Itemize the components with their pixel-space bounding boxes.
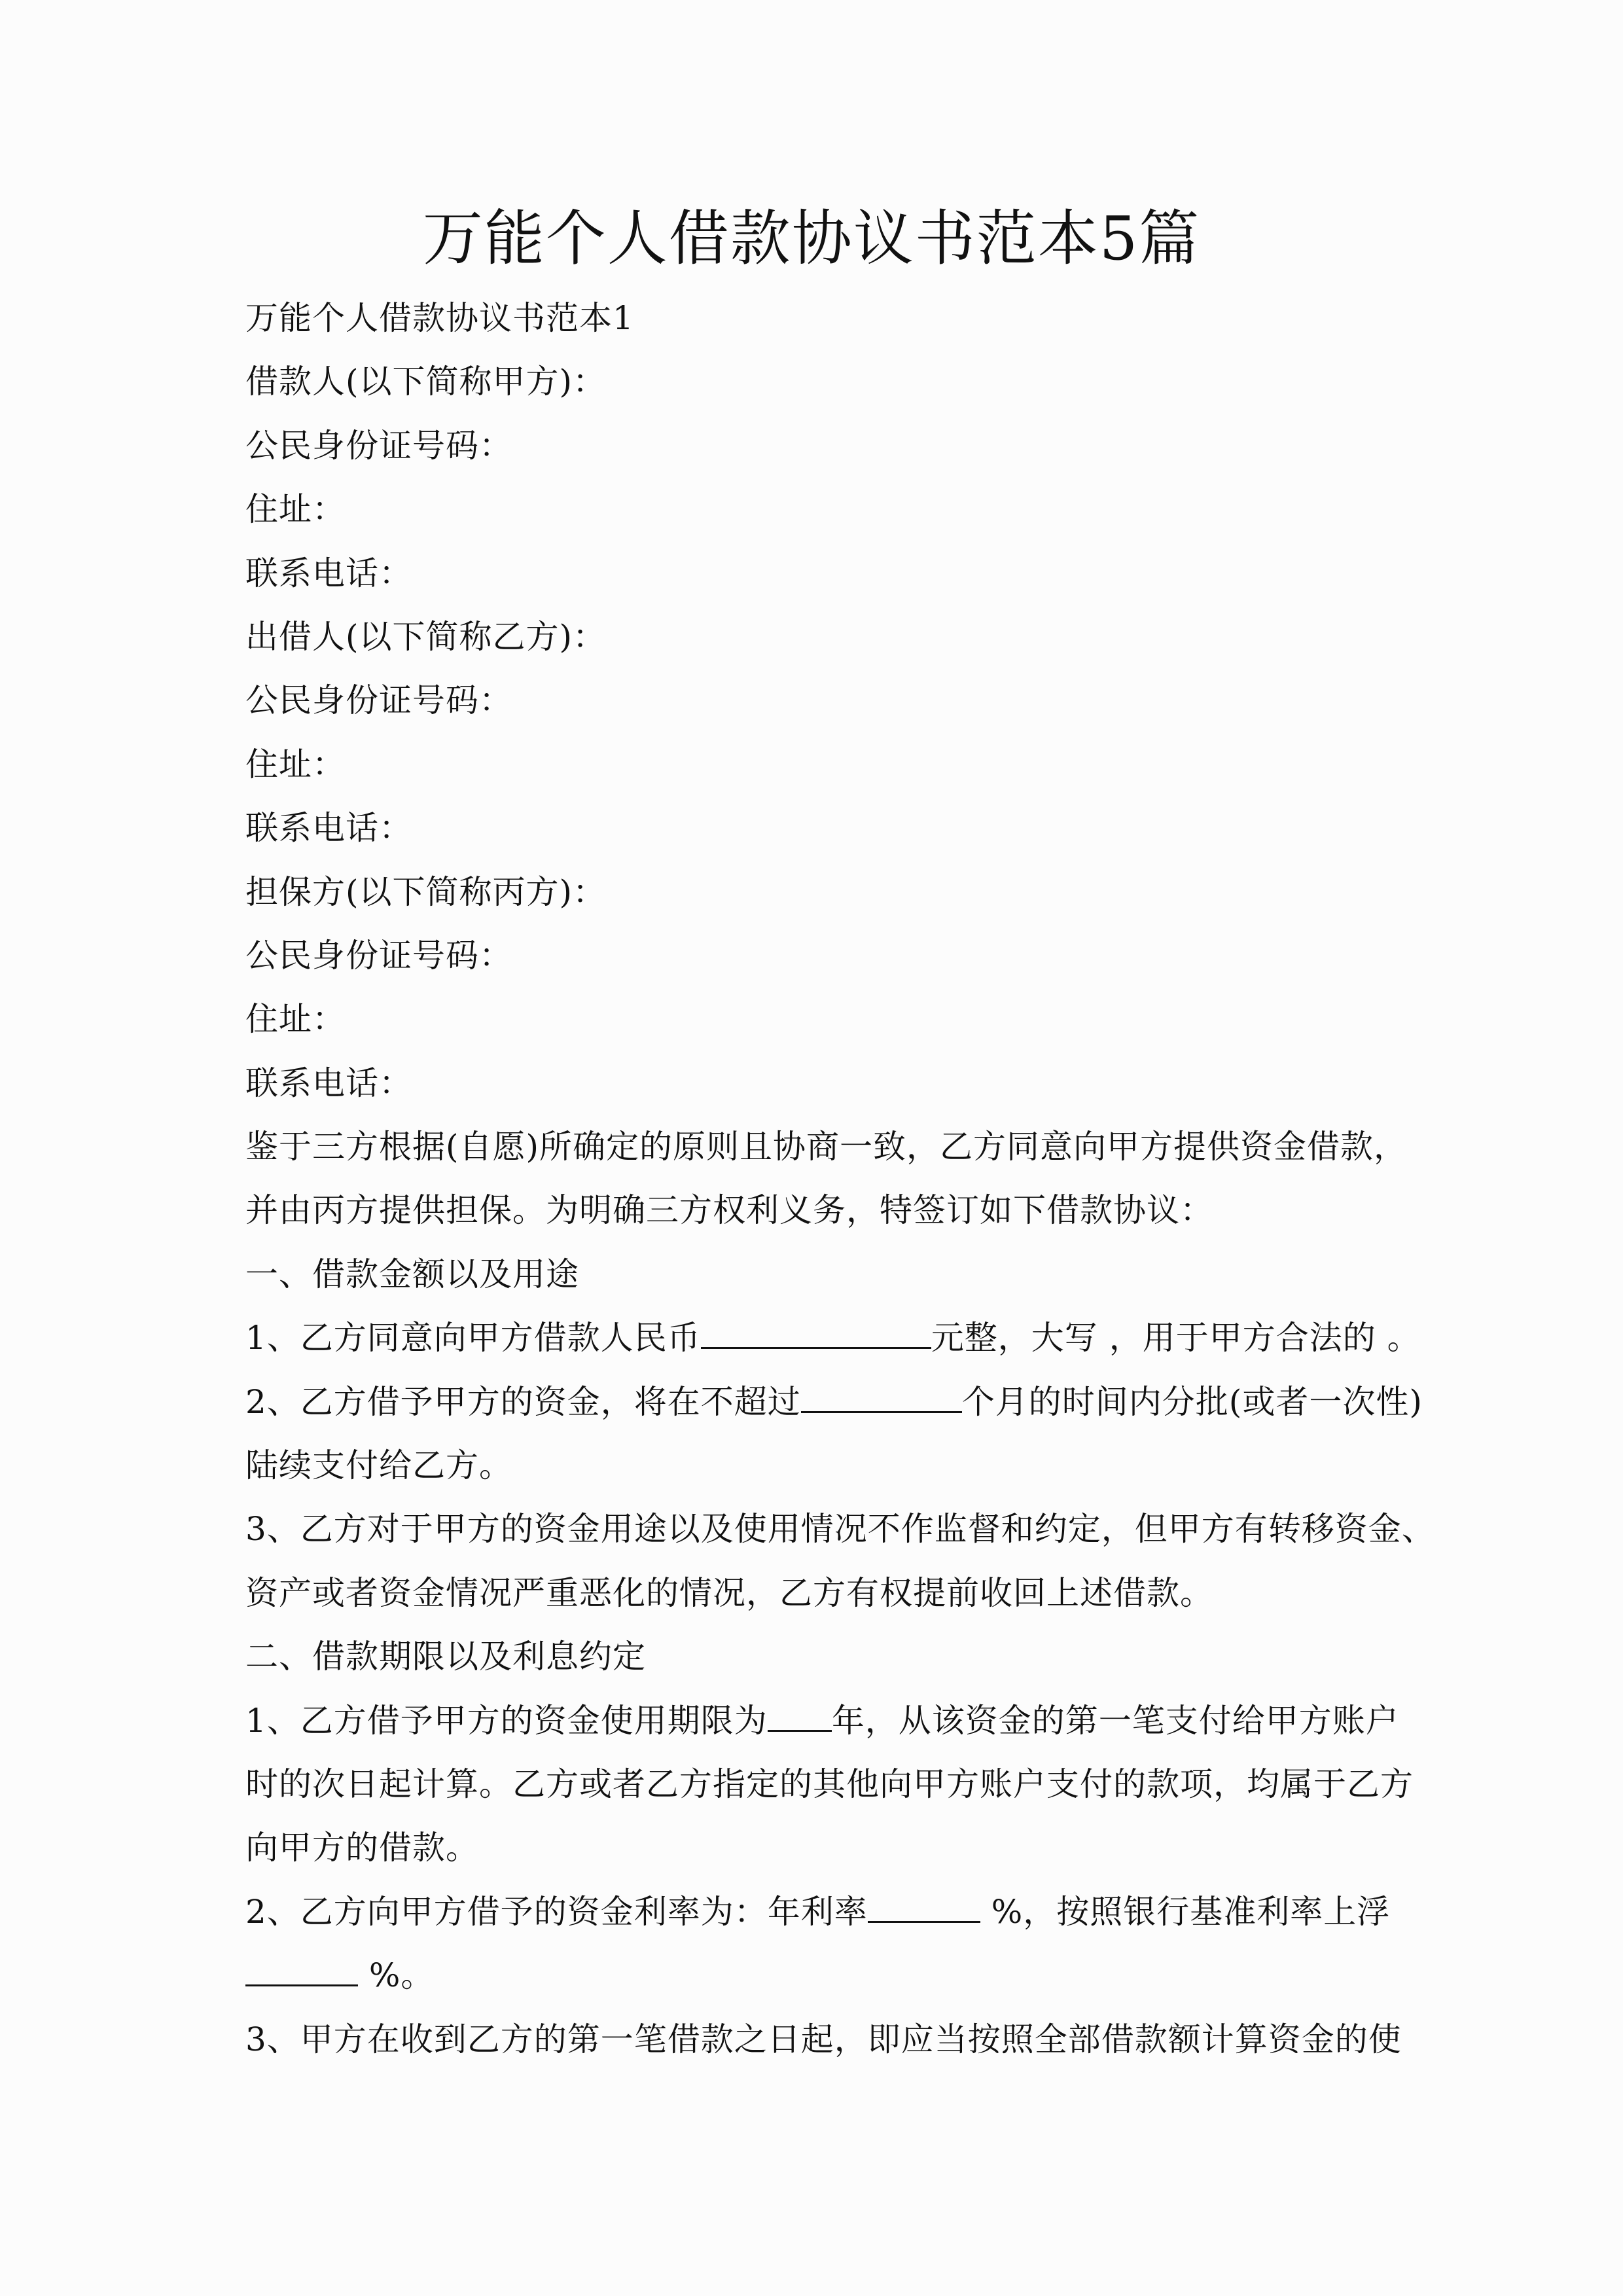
document-body: 万能个人借款协议书范本1 借款人(以下简称甲方)： 公民身份证号码： 住址： 联… [245,287,1397,2072]
article-1-clause-3-cont: 资产或者资金情况严重恶化的情况，乙方有权提前收回上述借款。 [245,1562,1397,1625]
article-1-clause-2-cont: 陆续支付给乙方。 [245,1434,1397,1498]
document-title: 万能个人借款协议书范本5篇 [0,196,1623,281]
loan-amount-blank [701,1318,931,1349]
article-1-clause-2: 2、乙方借予甲方的资金，将在不超过个月的时间内分批(或者一次性) [245,1371,1397,1434]
guarantor-phone-label: 联系电话： [245,1052,1397,1115]
clause-text: 2、乙方向甲方借予的资金利率为：年利率 [245,1893,868,1931]
years-blank [768,1701,832,1732]
article-2-heading: 二、借款期限以及利息约定 [245,1625,1397,1689]
clause-text: 年，从该资金的第一笔支付给甲方账户 [832,1702,1399,1740]
clause-text: 元整，大写 ，用于甲方合法的 。 [931,1319,1421,1357]
article-2-clause-1: 1、乙方借予甲方的资金使用期限为年，从该资金的第一笔支付给甲方账户 [245,1689,1397,1753]
borrower-phone-label: 联系电话： [245,542,1397,605]
lender-id-label: 公民身份证号码： [245,669,1397,732]
months-blank [801,1382,962,1413]
clause-text: %。 [358,1956,434,1994]
float-rate-blank [245,1956,358,1986]
article-1-clause-3: 3、乙方对于甲方的资金用途以及使用情况不作监督和约定，但甲方有转移资金、 [245,1498,1397,1561]
preamble-line-1: 鉴于三方根据(自愿)所确定的原则且协商一致，乙方同意向甲方提供资金借款， [245,1115,1397,1179]
document-page: 万能个人借款协议书范本5篇 万能个人借款协议书范本1 借款人(以下简称甲方)： … [0,0,1623,2296]
clause-text: 1、乙方同意向甲方借款人民币 [245,1319,701,1357]
article-1-heading: 一、借款金额以及用途 [245,1243,1397,1306]
clause-text: 2、乙方借予甲方的资金，将在不超过 [245,1383,801,1421]
annual-rate-blank [868,1892,980,1923]
borrower-id-label: 公民身份证号码： [245,414,1397,478]
guarantor-label: 担保方(以下简称丙方)： [245,861,1397,924]
article-2-clause-3: 3、甲方在收到乙方的第一笔借款之日起，即应当按照全部借款额计算资金的使 [245,2008,1397,2072]
lender-phone-label: 联系电话： [245,797,1397,860]
lender-label: 出借人(以下简称乙方)： [245,605,1397,669]
article-2-clause-2-cont: %。 [245,1944,1397,2007]
lender-address-label: 住址： [245,733,1397,797]
article-2-clause-1-cont: 时的次日起计算。乙方或者乙方指定的其他向甲方账户支付的款项，均属于乙方 [245,1753,1397,1816]
guarantor-address-label: 住址： [245,988,1397,1051]
article-1-clause-1: 1、乙方同意向甲方借款人民币元整，大写 ，用于甲方合法的 。 [245,1306,1397,1370]
borrower-label: 借款人(以下简称甲方)： [245,350,1397,414]
section-heading: 万能个人借款协议书范本1 [245,287,1397,350]
preamble-line-2: 并由丙方提供担保。为明确三方权利义务，特签订如下借款协议： [245,1179,1397,1242]
clause-text: 1、乙方借予甲方的资金使用期限为 [245,1702,768,1740]
guarantor-id-label: 公民身份证号码： [245,924,1397,988]
clause-text: 个月的时间内分批(或者一次性) [962,1383,1423,1421]
article-2-clause-1-cont-2: 向甲方的借款。 [245,1816,1397,1880]
article-2-clause-2: 2、乙方向甲方借予的资金利率为：年利率 %，按照银行基准利率上浮 [245,1880,1397,1944]
clause-text: %，按照银行基准利率上浮 [980,1893,1390,1931]
borrower-address-label: 住址： [245,478,1397,541]
